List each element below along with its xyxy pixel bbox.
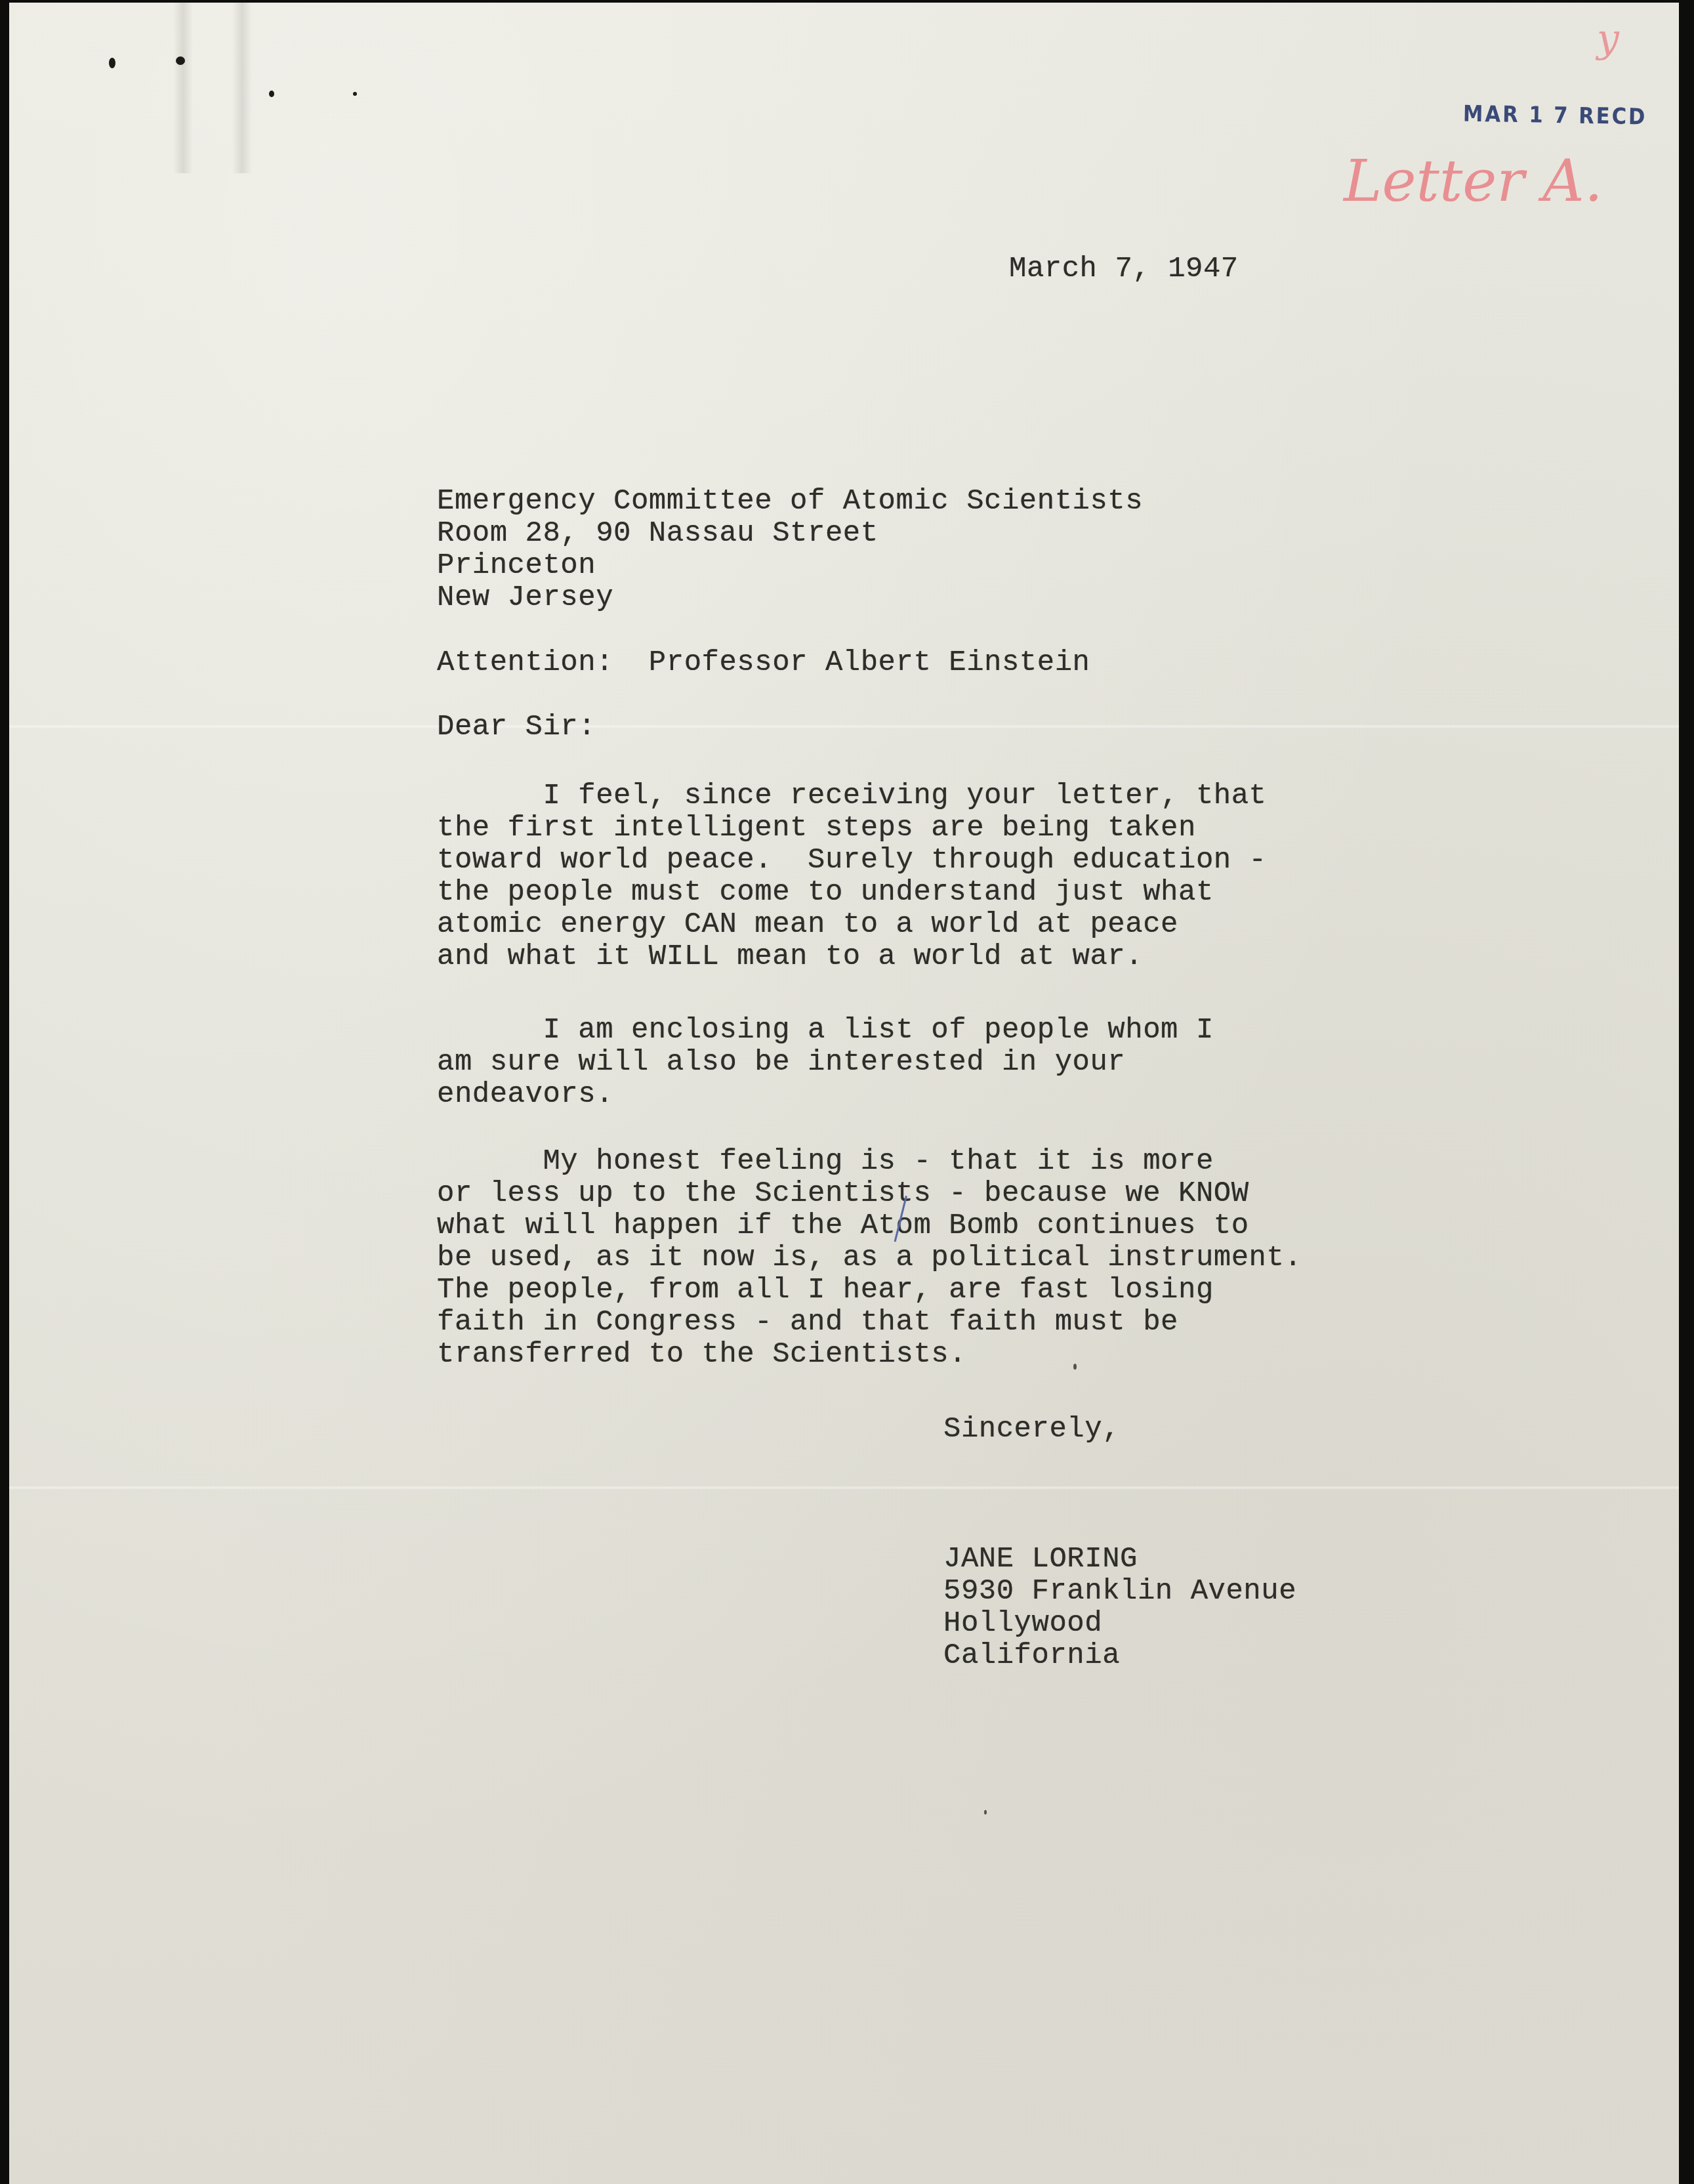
staple-hole-mark (353, 92, 357, 96)
sender-street: 5930 Franklin Avenue (943, 1576, 1296, 1608)
paragraph-line: am sure will also be interested in your (437, 1047, 1125, 1079)
handwritten-note: Letter A. (1344, 147, 1603, 215)
letter-date: March 7, 1947 (1009, 253, 1239, 285)
paragraph-line: and what it WILL mean to a world at war. (437, 941, 1143, 973)
sender-city: Hollywood (943, 1608, 1102, 1640)
closing: Sincerely, (943, 1414, 1120, 1446)
paragraph-line: atomic energy CAN mean to a world at pea… (437, 909, 1178, 941)
paragraph-line: I am enclosing a list of people whom I (437, 1015, 1214, 1047)
paragraph-line: The people, from all I hear, are fast lo… (437, 1274, 1214, 1307)
paper-fold-line (9, 1486, 1679, 1490)
staple-hole-mark (109, 58, 115, 68)
ink-speck (984, 1810, 987, 1815)
paragraph-line: I feel, since receiving your letter, tha… (437, 780, 1267, 812)
recipient-state: New Jersey (437, 582, 613, 614)
paragraph-line: what will happen if the Atom Bomb contin… (437, 1210, 1249, 1242)
sender-state: California (943, 1640, 1120, 1672)
recipient-street: Room 28, 90 Nassau Street (437, 518, 878, 550)
paragraph-line: the first intelligent steps are being ta… (437, 812, 1196, 845)
paper-crease (173, 3, 193, 173)
sender-name: JANE LORING (943, 1543, 1138, 1576)
salutation: Dear Sir: (437, 711, 596, 744)
recipient-city: Princeton (437, 550, 596, 582)
staple-hole-mark (176, 56, 185, 65)
ink-speck (1073, 1364, 1077, 1370)
paragraph-line: or less up to the Scientists - because w… (437, 1178, 1249, 1210)
paragraph-line: transferred to the Scientists. (437, 1339, 966, 1371)
paper-fold-line (9, 724, 1679, 728)
paragraph-line: My honest feeling is - that it is more (437, 1146, 1214, 1178)
letter-page: y MAR 1 7 RECD Letter A. March 7, 1947 E… (9, 3, 1679, 2184)
recipient-organization: Emergency Committee of Atomic Scientists (437, 486, 1143, 518)
paragraph-line: toward world peace. Surely through educa… (437, 845, 1267, 877)
paragraph-line: faith in Congress - and that faith must … (437, 1307, 1178, 1339)
paragraph-line: the people must come to understand just … (437, 877, 1214, 909)
paper-crease (232, 3, 252, 173)
paragraph-line: be used, as it now is, as a political in… (437, 1242, 1302, 1274)
corner-mark: y (1597, 16, 1619, 62)
attention-line: Attention: Professor Albert Einstein (437, 647, 1090, 679)
staple-hole-mark (269, 91, 274, 97)
paragraph-line: endeavors. (437, 1079, 613, 1111)
received-date-stamp: MAR 1 7 RECD (1463, 101, 1647, 131)
